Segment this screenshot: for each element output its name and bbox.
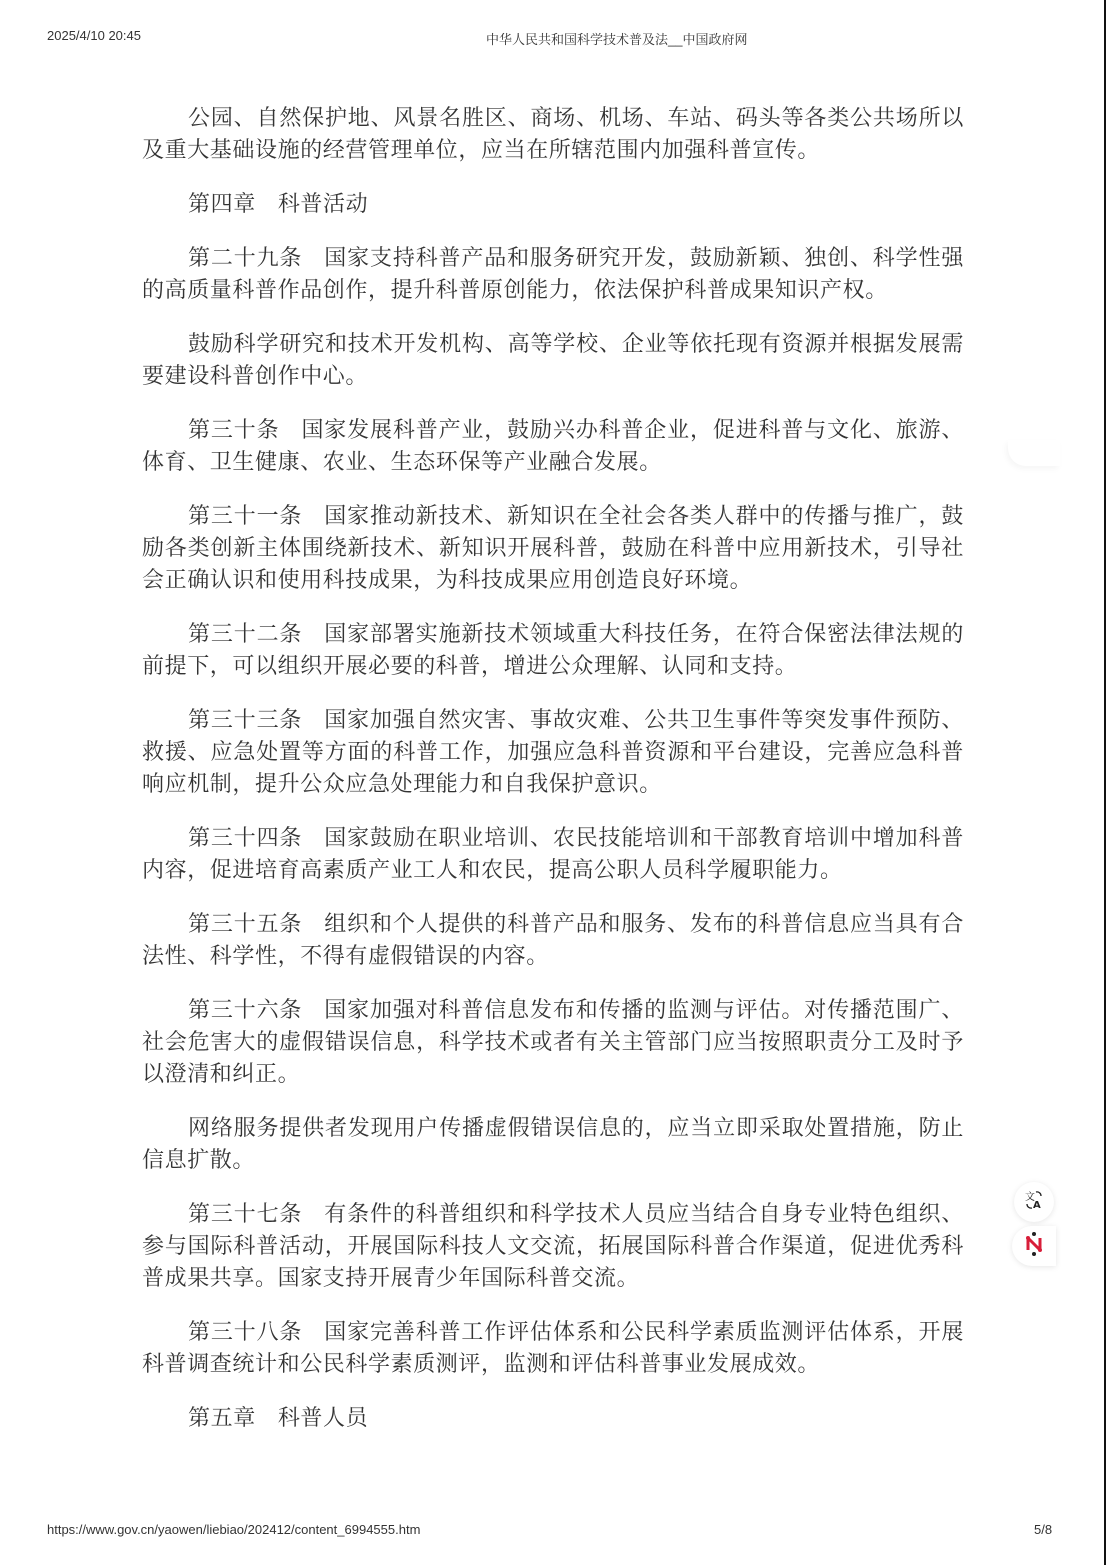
article-number: 第三十六条: [188, 998, 302, 1023]
floating-panel-edge: [1008, 440, 1060, 466]
chapter-number: 第四章: [188, 192, 256, 217]
article-36: 第三十六条国家加强对科普信息发布和传播的监测与评估。对传播范围广、社会危害大的虚…: [142, 995, 964, 1091]
chapter-number: 第五章: [188, 1406, 256, 1431]
article-number: 第三十五条: [188, 912, 302, 937]
article-29: 第二十九条国家支持科普产品和服务研究开发，鼓励新颖、独创、科学性强的高质量科普作…: [142, 243, 964, 307]
document-body: 公园、自然保护地、风景名胜区、商场、机场、车站、码头等各类公共场所以及重大基础设…: [142, 103, 964, 1457]
article-33: 第三十三条国家加强自然灾害、事故灾难、公共卫生事件等突发事件预防、救援、应急处置…: [142, 705, 964, 801]
page-url: https://www.gov.cn/yaowen/liebiao/202412…: [47, 1522, 420, 1537]
page-number: 5/8: [1034, 1522, 1052, 1537]
article-34: 第三十四条国家鼓励在职业培训、农民技能培训和干部教育培训中增加科普内容，促进培育…: [142, 823, 964, 887]
article-number: 第三十二条: [188, 622, 302, 647]
article-number: 第三十一条: [188, 504, 302, 529]
paragraph: 鼓励科学研究和技术开发机构、高等学校、企业等依托现有资源并根据发展需要建设科普创…: [142, 329, 964, 393]
chapter-title: 科普活动: [278, 192, 368, 217]
chapter-heading: 第四章科普活动: [142, 189, 964, 221]
article-number: 第三十四条: [188, 826, 302, 851]
article-32: 第三十二条国家部署实施新技术领域重大科技任务，在符合保密法律法规的前提下，可以组…: [142, 619, 964, 683]
article-38: 第三十八条国家完善科普工作评估体系和公民科学素质监测评估体系，开展科普调查统计和…: [142, 1317, 964, 1381]
ai-assistant-icon: [1023, 1231, 1045, 1261]
chapter-title: 科普人员: [278, 1406, 368, 1431]
print-footer: https://www.gov.cn/yaowen/liebiao/202412…: [0, 1522, 1104, 1542]
translate-button[interactable]: 文 A: [1014, 1182, 1054, 1222]
print-header: 2025/4/10 20:45 中华人民共和国科学技术普及法__中国政府网: [0, 28, 1104, 48]
paragraph-text: 网络服务提供者发现用户传播虚假错误信息的，应当立即采取处置措施，防止信息扩散。: [142, 1116, 964, 1173]
article-35: 第三十五条组织和个人提供的科普产品和服务、发布的科普信息应当具有合法性、科学性，…: [142, 909, 964, 973]
print-page-title: 中华人民共和国科学技术普及法__中国政府网: [486, 29, 747, 48]
chapter-heading: 第五章科普人员: [142, 1403, 964, 1435]
paragraph-text: 公园、自然保护地、风景名胜区、商场、机场、车站、码头等各类公共场所以及重大基础设…: [142, 106, 964, 163]
article-37: 第三十七条有条件的科普组织和科学技术人员应当结合自身专业特色组织、参与国际科普活…: [142, 1199, 964, 1295]
print-timestamp: 2025/4/10 20:45: [47, 28, 141, 43]
article-number: 第三十三条: [188, 708, 302, 733]
article-number: 第三十条: [188, 418, 279, 443]
svg-text:A: A: [1033, 1200, 1041, 1210]
article-number: 第三十八条: [188, 1320, 302, 1345]
paragraph-text: 鼓励科学研究和技术开发机构、高等学校、企业等依托现有资源并根据发展需要建设科普创…: [142, 332, 964, 389]
article-number: 第二十九条: [188, 246, 302, 271]
translate-icon: 文 A: [1024, 1190, 1044, 1214]
ai-assistant-button[interactable]: [1012, 1226, 1056, 1266]
paragraph: 公园、自然保护地、风景名胜区、商场、机场、车站、码头等各类公共场所以及重大基础设…: [142, 103, 964, 167]
article-31: 第三十一条国家推动新技术、新知识在全社会各类人群中的传播与推广，鼓励各类创新主体…: [142, 501, 964, 597]
article-number: 第三十七条: [188, 1202, 302, 1227]
article-30: 第三十条国家发展科普产业，鼓励兴办科普企业，促进科普与文化、旅游、体育、卫生健康…: [142, 415, 964, 479]
paragraph: 网络服务提供者发现用户传播虚假错误信息的，应当立即采取处置措施，防止信息扩散。: [142, 1113, 964, 1177]
